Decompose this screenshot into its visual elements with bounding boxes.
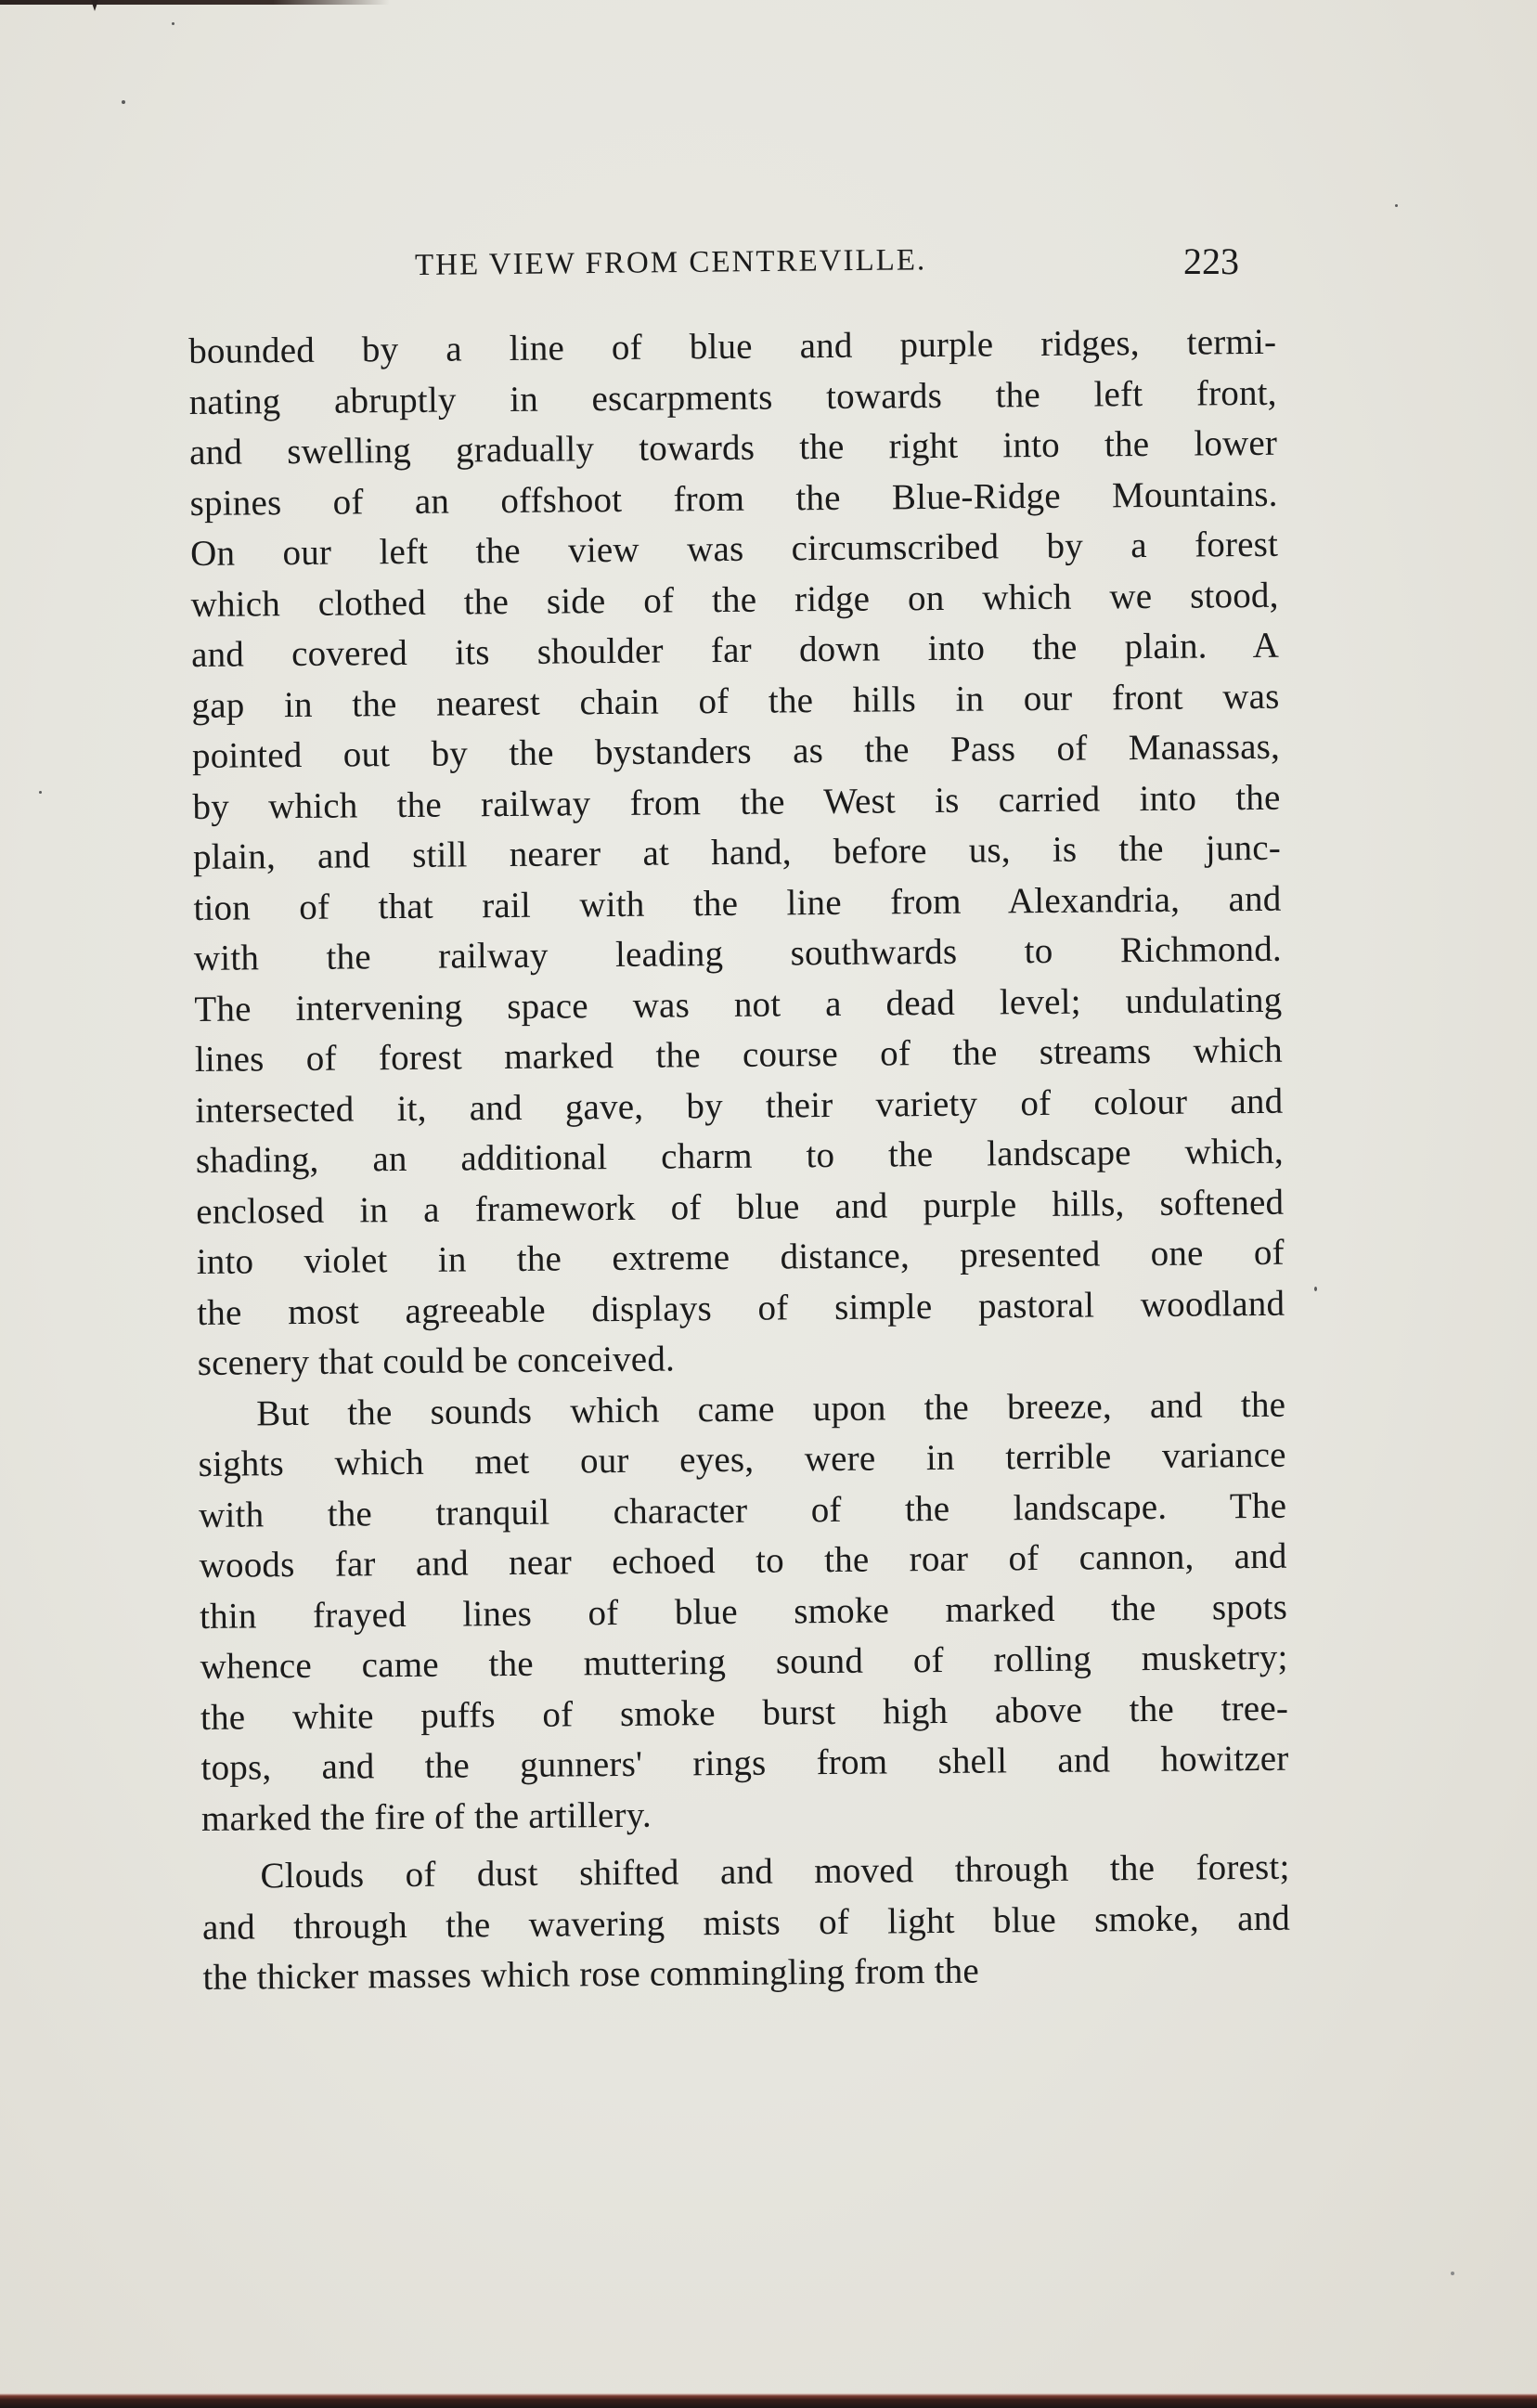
text-line: shading, an additional charm to the land… bbox=[196, 1127, 1284, 1187]
paragraph: bounded by a line of blue and purple rid… bbox=[188, 317, 1285, 1390]
paragraph: But the sounds which came upon the breez… bbox=[198, 1379, 1289, 1845]
text-line: spines of an offshoot from the Blue-Ridg… bbox=[189, 469, 1277, 529]
text-line: and swelling gradually towards the right… bbox=[189, 419, 1277, 479]
text-line: thin frayed lines of blue smoke marked t… bbox=[200, 1582, 1287, 1642]
text-line: Clouds of dust shifted and moved through… bbox=[201, 1843, 1289, 1903]
text-line: woods far and near echoed to the roar of… bbox=[199, 1532, 1286, 1592]
text-line: the white puffs of smoke burst high abov… bbox=[200, 1683, 1288, 1743]
text-line: intersected it, and gave, by their varie… bbox=[195, 1076, 1283, 1136]
text-line: But the sounds which came upon the breez… bbox=[198, 1379, 1285, 1440]
text-line: pointed out by the bystanders as the Pas… bbox=[192, 722, 1280, 783]
paper-speck bbox=[1451, 2272, 1454, 2275]
text-line: scenery that could be conceived. bbox=[198, 1329, 1285, 1390]
page-top-notch bbox=[91, 0, 98, 11]
text-line: with the railway leading southwards to R… bbox=[194, 925, 1282, 985]
page-number: 223 bbox=[1183, 240, 1239, 283]
running-title: THE VIEW FROM CENTREVILLE. bbox=[415, 243, 927, 283]
paragraph: Clouds of dust shifted and moved through… bbox=[201, 1843, 1290, 2004]
text-line: with the tranquil character of the lands… bbox=[199, 1481, 1286, 1541]
text-line: and through the wavering mists of light … bbox=[202, 1893, 1290, 1953]
text-line: tops, and the gunners' rings from shell … bbox=[200, 1734, 1288, 1794]
text-line: whence came the muttering sound of rolli… bbox=[200, 1633, 1287, 1693]
text-line: plain, and still nearer at hand, before … bbox=[193, 823, 1281, 884]
text-line: the thicker masses which rose comminglin… bbox=[202, 1944, 1290, 2004]
text-line: sights which met our eyes, were in terri… bbox=[198, 1431, 1285, 1491]
body-text: bounded by a line of blue and purple rid… bbox=[188, 317, 1291, 2004]
text-line: gap in the nearest chain of the hills in… bbox=[191, 671, 1279, 731]
text-line: The intervening space was not a dead lev… bbox=[194, 975, 1282, 1035]
text-line: enclosed in a framework of blue and purp… bbox=[196, 1177, 1284, 1237]
page-top-edge bbox=[0, 0, 390, 5]
text-line: into violet in the extreme distance, pre… bbox=[197, 1228, 1285, 1288]
text-line: and covered its shoulder far down into t… bbox=[191, 621, 1279, 681]
text-line: lines of forest marked the course of the… bbox=[195, 1026, 1283, 1086]
book-page: THE VIEW FROM CENTREVILLE. 223 bounded b… bbox=[0, 0, 1537, 2408]
paper-speck bbox=[39, 791, 42, 794]
text-line: by which the railway from the West is ca… bbox=[192, 772, 1280, 833]
page-bottom-edge bbox=[0, 2393, 1537, 2408]
text-line: the most agreeable displays of simple pa… bbox=[197, 1278, 1285, 1339]
text-line: bounded by a line of blue and purple rid… bbox=[188, 317, 1276, 378]
text-line: On our left the view was circumscribed b… bbox=[190, 520, 1278, 580]
running-header: THE VIEW FROM CENTREVILLE. 223 bbox=[186, 243, 1262, 290]
paper-speck bbox=[1314, 1287, 1317, 1291]
text-line: marked the fire of the artillery. bbox=[201, 1784, 1289, 1845]
paper-speck bbox=[1395, 204, 1398, 207]
text-line: which clothed the side of the ridge on w… bbox=[190, 570, 1278, 630]
paper-speck bbox=[172, 22, 174, 25]
text-line: tion of that rail with the line from Ale… bbox=[193, 874, 1281, 934]
text-line: nating abruptly in escarpments towards t… bbox=[188, 368, 1276, 428]
paper-speck bbox=[122, 100, 125, 104]
